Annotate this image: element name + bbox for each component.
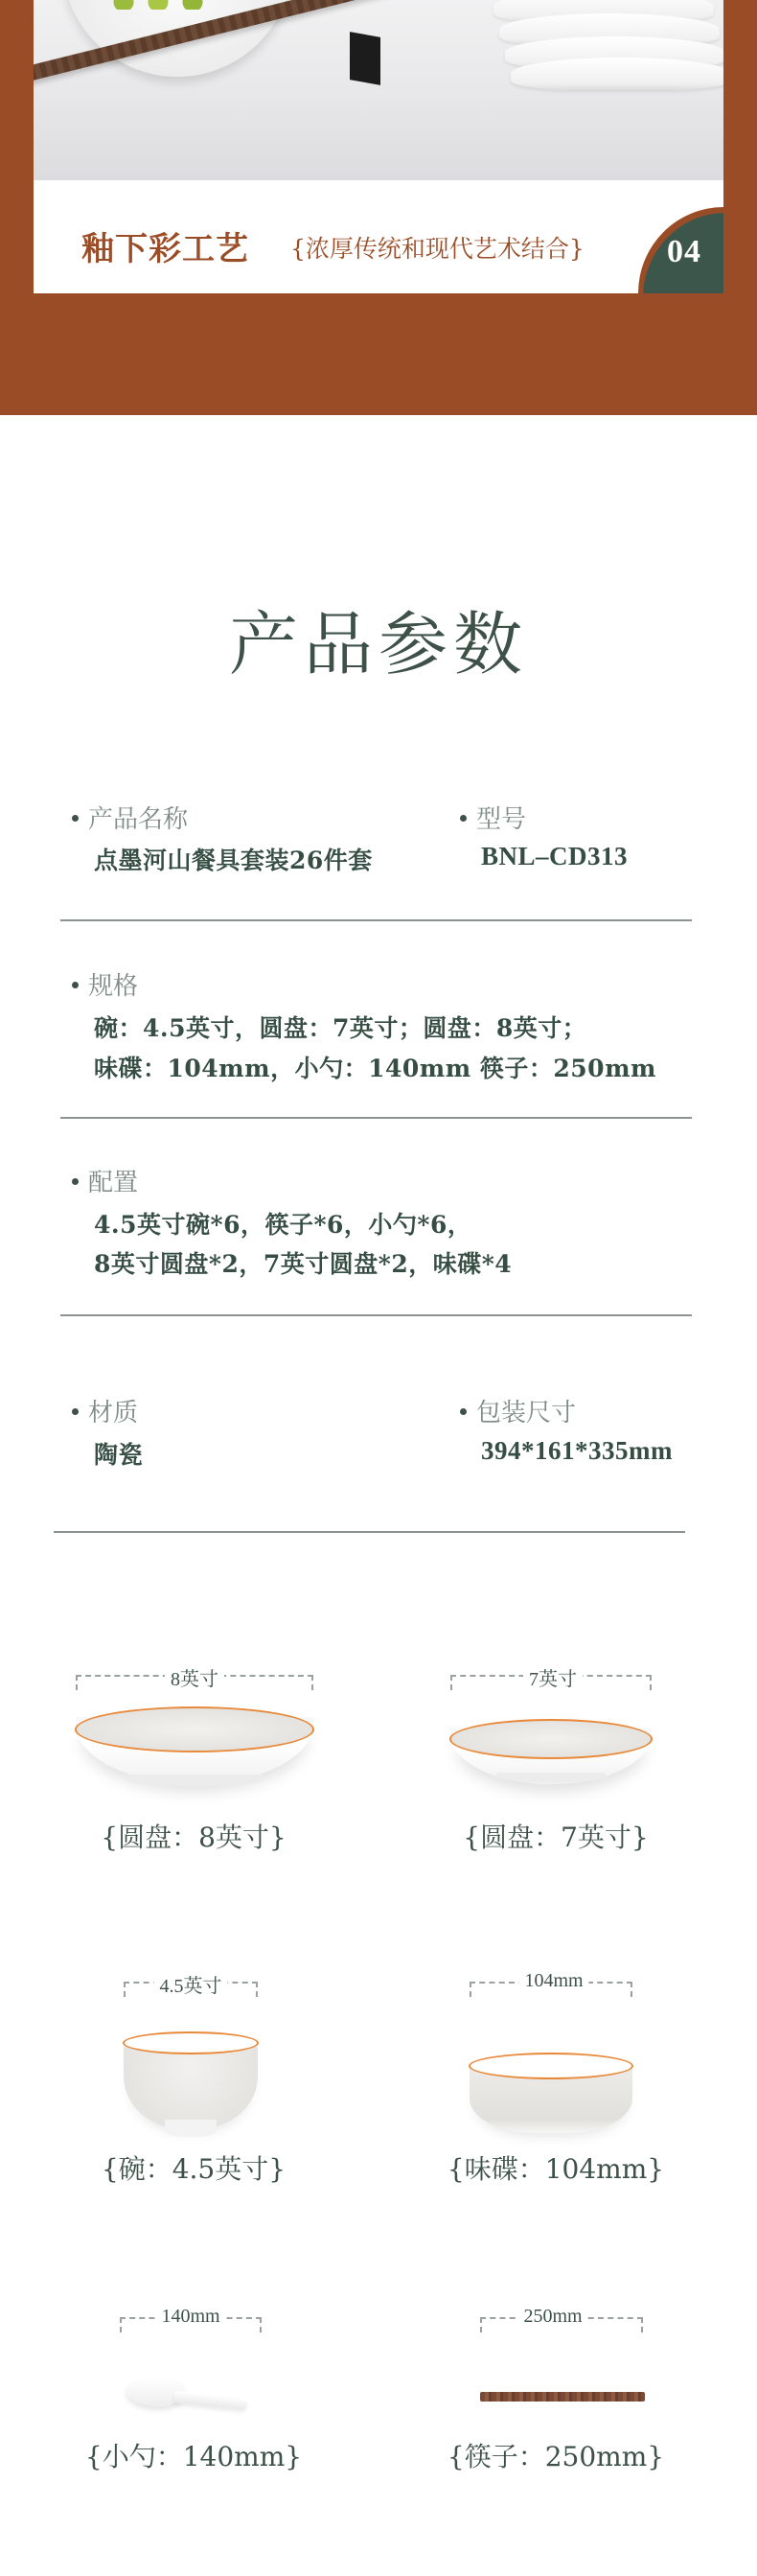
spec-label-model: 型号 <box>460 800 526 835</box>
spec-label-size: 规格 <box>72 966 138 1002</box>
spec-label-config: 配置 <box>72 1163 138 1198</box>
bullet-icon <box>72 1178 79 1185</box>
spec-value-model: BNL–CD313 <box>481 842 628 871</box>
item-caption: {味碟：104mm} <box>393 2148 719 2187</box>
chopsticks-image <box>480 2392 645 2402</box>
item-caption: {小勺：140mm} <box>31 2436 356 2474</box>
feature-card: 釉下彩工艺 {浓厚传统和现代艺术结合} <box>34 180 723 293</box>
bullet-icon <box>460 815 467 822</box>
bullet-icon <box>460 1408 467 1415</box>
divider <box>60 1117 692 1119</box>
item-caption: {圆盘：7英寸} <box>393 1817 719 1855</box>
bullet-icon <box>72 815 79 822</box>
item-plate-7in: 7英寸 {圆盘：7英寸} <box>393 1663 719 1874</box>
spec-value-package: 394*161*335mm <box>481 1436 673 1466</box>
spec-value-size-line1: 碗：4.5英寸，圆盘：7英寸；圆盘：8英寸； <box>94 1010 586 1044</box>
dimension-marker: 4.5英寸 <box>31 1970 356 1993</box>
feature-subtitle: {浓厚传统和现代艺术结合} <box>290 230 585 265</box>
divider <box>54 1531 685 1533</box>
item-dish-104mm: 104mm {味碟：104mm} <box>393 1970 719 2181</box>
banner-section: 釉下彩工艺 {浓厚传统和现代艺术结合} 04 <box>0 0 757 415</box>
item-caption: {碗：4.5英寸} <box>31 2148 356 2187</box>
spec-value-config-line2: 8英寸圆盘*2，7英寸圆盘*2，味碟*4 <box>94 1245 512 1280</box>
dimension-marker: 140mm <box>31 2306 356 2329</box>
section-number-badge: 04 <box>638 207 723 293</box>
spec-value-config-line1: 4.5英寸碗*6，筷子*6，小勺*6， <box>94 1206 471 1241</box>
item-bowl-4-5in: 4.5英寸 {碗：4.5英寸} <box>31 1970 356 2181</box>
spec-value-material: 陶瓷 <box>94 1436 143 1471</box>
chopstick-rest-image <box>350 32 380 85</box>
spec-value-name: 点墨河山餐具套装26件套 <box>94 842 373 876</box>
divider <box>60 919 692 921</box>
dimension-marker: 8英寸 <box>31 1663 356 1686</box>
food-image <box>101 0 216 10</box>
dimension-marker: 250mm <box>393 2306 719 2329</box>
product-photo <box>34 0 723 180</box>
spec-label-name: 产品名称 <box>72 800 188 835</box>
spec-label-package: 包装尺寸 <box>460 1393 576 1428</box>
item-spoon-140mm: 140mm {小勺：140mm} <box>31 2306 356 2488</box>
item-caption: {筷子：250mm} <box>393 2436 719 2474</box>
item-chopsticks-250mm: 250mm {筷子：250mm} <box>393 2306 719 2488</box>
item-caption: {圆盘：8英寸} <box>31 1817 356 1855</box>
spec-label-material: 材质 <box>72 1393 138 1428</box>
params-title: 产品参数 <box>0 589 757 688</box>
bullet-icon <box>72 982 79 988</box>
dimension-marker: 7英寸 <box>393 1663 719 1686</box>
spec-value-size-line2: 味碟：104mm，小勺：140mm 筷子：250mm <box>94 1050 656 1084</box>
badge-number: 04 <box>667 234 701 270</box>
bullet-icon <box>72 1408 79 1415</box>
stacked-spoons-image <box>474 0 723 86</box>
item-plate-8in: 8英寸 {圆盘：8英寸} <box>31 1663 356 1874</box>
dimension-marker: 104mm <box>393 1970 719 1993</box>
spoon-image <box>126 2378 251 2416</box>
divider <box>60 1314 692 1316</box>
feature-title: 釉下彩工艺 <box>81 222 249 269</box>
